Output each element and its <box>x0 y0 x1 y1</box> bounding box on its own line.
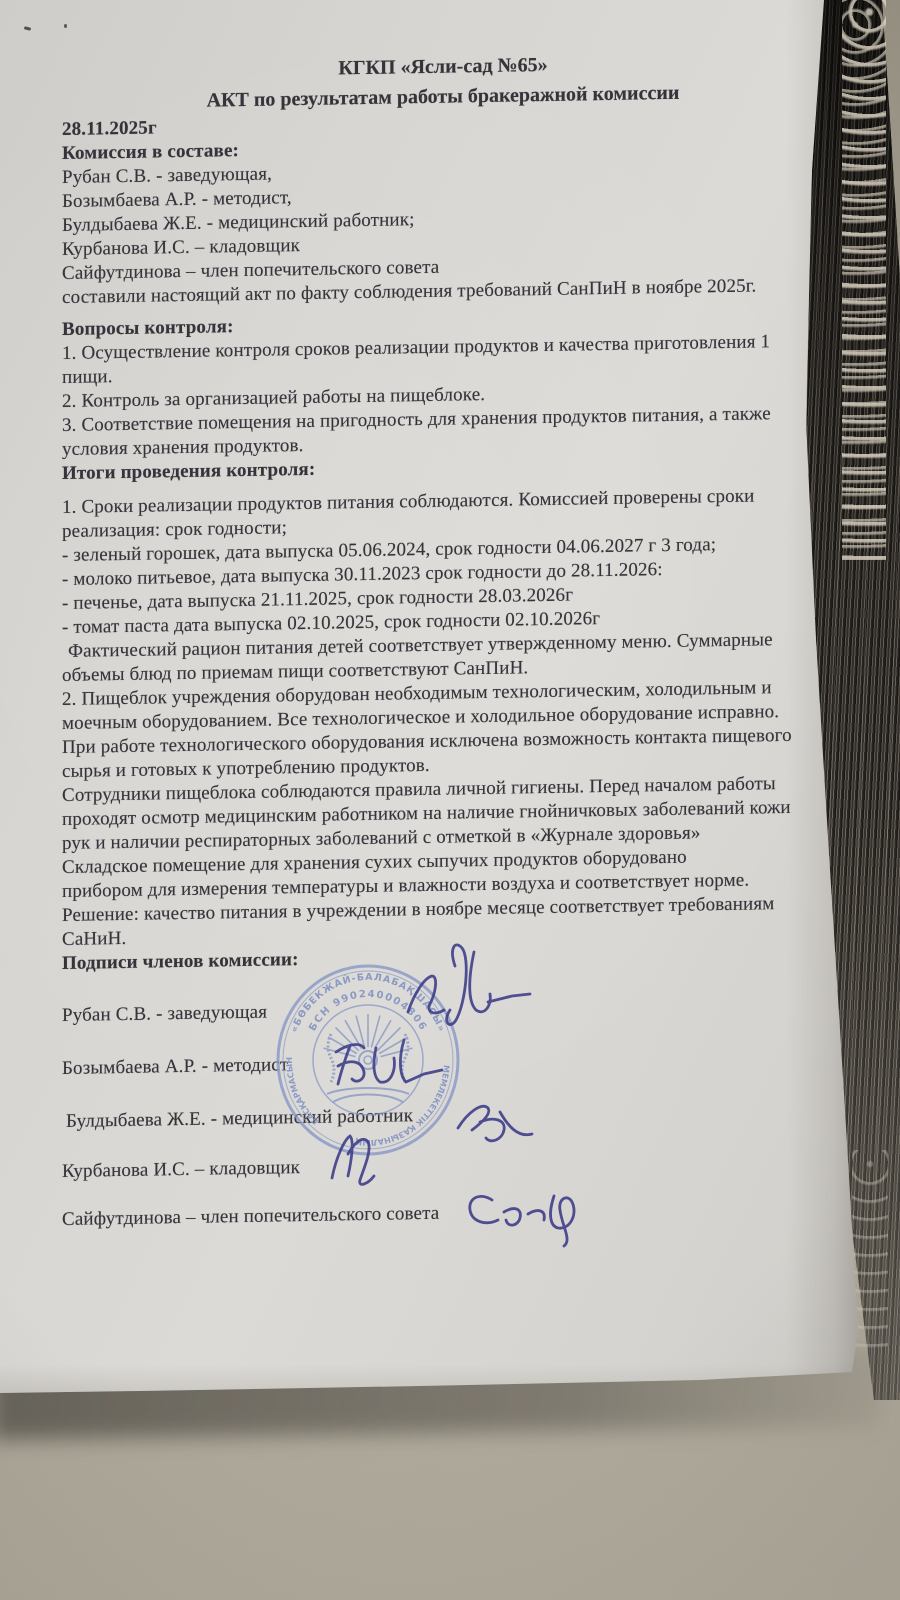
ink-speck <box>64 24 67 28</box>
official-stamp: «БӨБЕКЖАЙ-БАЛАБАҚШАСЫ» БСН 990240004806 … <box>275 962 461 1158</box>
document-photo: КГКП «Ясли-сад №65» АКТ по результатам р… <box>0 0 900 1600</box>
ink-speck <box>24 26 32 31</box>
kazakhstan-emblem <box>324 1014 413 1102</box>
